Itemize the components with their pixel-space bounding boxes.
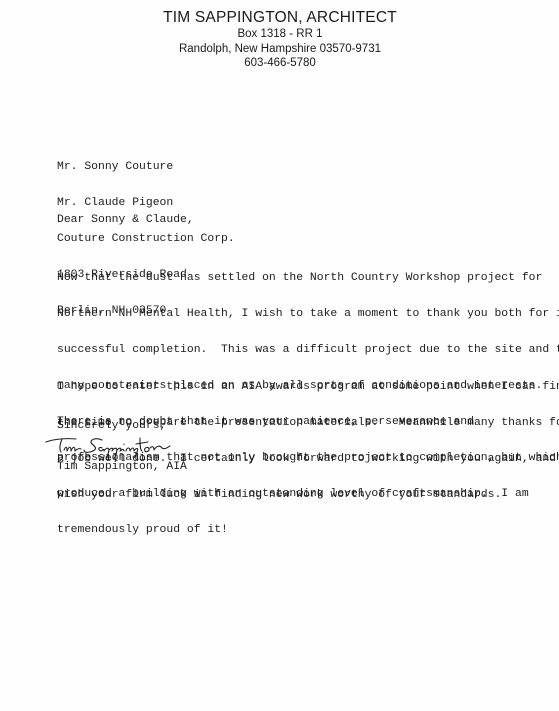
body-line: wish your firm luck in finding new work … <box>57 489 559 501</box>
body-line: successful completion. This was a diffic… <box>57 344 559 356</box>
salutation: Dear Sonny & Claude, <box>57 214 194 226</box>
recipient-line: Mr. Sonny Couture <box>57 161 235 173</box>
letterhead-address-2: Randolph, New Hampshire 03570-9731 <box>140 42 420 57</box>
body-line: Now that the dust has settled on the Nor… <box>57 272 559 284</box>
letterhead-phone: 603-466-5780 <box>140 56 420 71</box>
recipient-line: Couture Construction Corp. <box>57 233 235 245</box>
signature-icon <box>44 430 204 460</box>
letterhead-address-1: Box 1318 - RR 1 <box>140 27 420 42</box>
recipient-line: Mr. Claude Pigeon <box>57 197 235 209</box>
letter-page: TIM SAPPINGTON, ARCHITECT Box 1318 - RR … <box>0 0 559 711</box>
letterhead-name: TIM SAPPINGTON, ARCHITECT <box>140 8 420 27</box>
body-line: Northern NH Mental Health, I wish to tak… <box>57 308 559 320</box>
signer-name: Tim Sappington, AIA <box>57 461 187 473</box>
letterhead: TIM SAPPINGTON, ARCHITECT Box 1318 - RR … <box>140 8 420 71</box>
body-line: tremendously proud of it! <box>57 524 559 536</box>
body-line: I hope to enter this in an AIA awards pr… <box>57 381 559 393</box>
